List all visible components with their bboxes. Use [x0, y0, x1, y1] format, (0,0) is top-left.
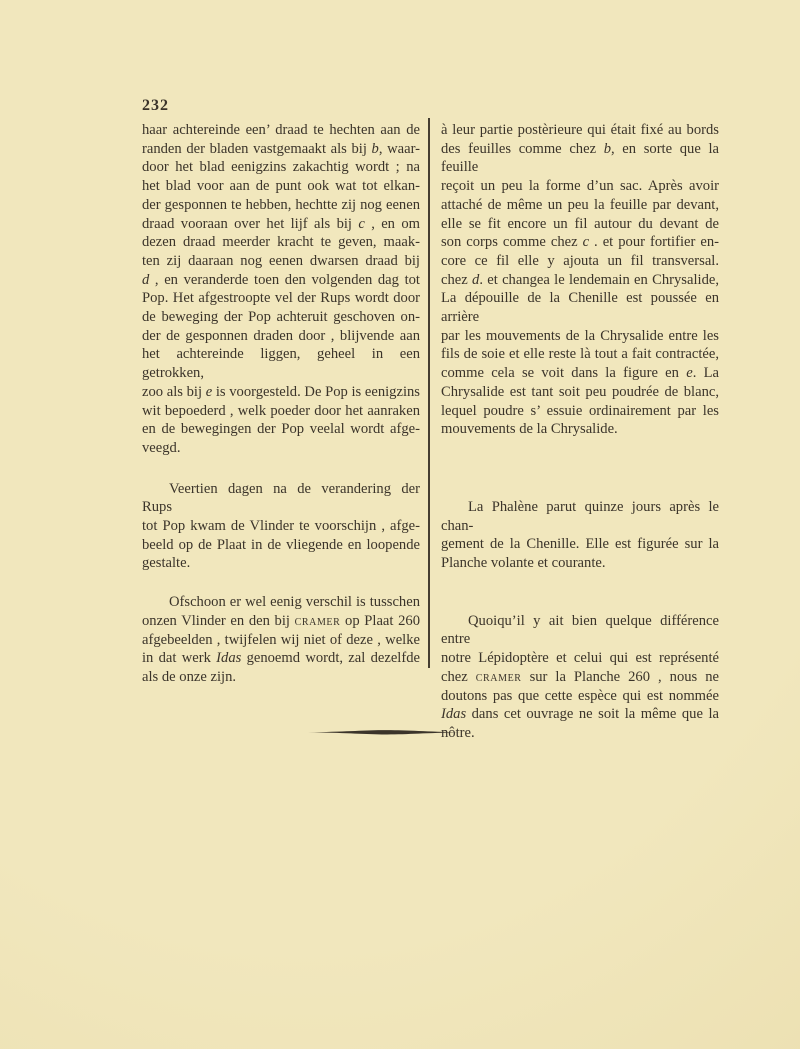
paragraph: Quoiqu’il y ait bien quelque différence … [441, 612, 719, 743]
text-line: chez d. et changea le lendemain en Chrys… [441, 271, 719, 290]
text-line: son corps comme chez c . et pour fortifi… [441, 233, 719, 252]
text-line: gement de la Chenille. Elle est figurée … [441, 535, 719, 554]
text-line: beeld op de Plaat in de vliegende en loo… [142, 536, 420, 555]
book-page: { "colors": { "paper": "#f1e7bd", "paper… [0, 0, 800, 1049]
text-line: door het blad eenigzins zakachtig wordt … [142, 158, 420, 177]
text-line: der gesponnen te hebben, hechtte zij nog… [142, 196, 420, 215]
paragraph: La Phalène parut quinze jours après le c… [441, 498, 719, 573]
text-line: attaché de même un peu la feuille par de… [441, 196, 719, 215]
text-line: d , en veranderde toen den volgenden dag… [142, 271, 420, 290]
text-line: fils de soie et elle reste là tout a fai… [441, 345, 719, 364]
paragraph: haar achtereinde een’ draad te hechten a… [142, 121, 420, 458]
text-line: par les mouvements de la Chrysalide entr… [441, 327, 719, 346]
paragraph: Veertien dagen na de verandering der Rup… [142, 480, 420, 574]
text-line: en de bewegingen der Pop veelal wordt af… [142, 420, 420, 439]
text-line: wit bepoederd , welk poeder door het aan… [142, 402, 420, 421]
text-line: veegd. [142, 439, 420, 458]
text-line: gestalte. [142, 554, 420, 573]
text-line: onzen Vlinder en den bij cramer op Plaat… [142, 612, 420, 631]
text-line: chez cramer sur la Planche 260 , nous ne [441, 668, 719, 687]
text-line: het blad voor aan de punt ook wat tot el… [142, 177, 420, 196]
decorative-swelled-rule [308, 728, 462, 737]
text-line: reçoit un peu la forme d’un sac. Après a… [441, 177, 719, 196]
text-line: der de gesponnen draden door , blijvende… [142, 327, 420, 346]
text-line: het achtereinde liggen, geheel in een ge… [142, 345, 420, 382]
text-line: tot Pop kwam de Vlinder te voorschijn , … [142, 517, 420, 536]
text-line: La dépouille de la Chenille est poussée … [441, 289, 719, 326]
text-line: randen der bladen vastgemaakt als bij b,… [142, 140, 420, 159]
text-line: haar achtereinde een’ draad te hechten a… [142, 121, 420, 140]
text-line: afgebeelden , twijfelen wij niet of deze… [142, 631, 420, 650]
text-line: Ofschoon er wel eenig verschil is tussch… [142, 593, 420, 612]
text-line: Quoiqu’il y ait bien quelque différence … [441, 612, 719, 649]
text-line: La Phalène parut quinze jours après le c… [441, 498, 719, 535]
text-line: Veertien dagen na de verandering der Rup… [142, 480, 420, 517]
text-line: nôtre. [441, 724, 719, 743]
text-line: Idas dans cet ouvrage ne soit la même qu… [441, 705, 719, 724]
right-column-french-text: à leur partie postèrieure qui était fixé… [441, 121, 719, 743]
text-line: lequel poudre s’ essuie ordinairement pa… [441, 402, 719, 421]
text-line: dezen draad meerder kracht te geven, maa… [142, 233, 420, 252]
text-line: zoo als bij e is voorgesteld. De Pop is … [142, 383, 420, 402]
text-line: Chrysalide est tant soit peu poudrée de … [441, 383, 719, 402]
text-line: mouvements de la Chrysalide. [441, 420, 719, 439]
paragraph: Ofschoon er wel eenig verschil is tussch… [142, 593, 420, 687]
text-line: elle se fit encore un fil autour du deva… [441, 215, 719, 234]
text-line: Planche volante et courante. [441, 554, 719, 573]
text-line: comme cela se voit dans la figure en e. … [441, 364, 719, 383]
paragraph: à leur partie postèrieure qui était fixé… [441, 121, 719, 439]
text-line: als de onze zijn. [142, 668, 420, 687]
left-column-dutch-text: haar achtereinde een’ draad te hechten a… [142, 121, 420, 687]
text-line: in dat werk Idas genoemd wordt, zal deze… [142, 649, 420, 668]
text-line: à leur partie postèrieure qui était fixé… [441, 121, 719, 140]
text-line: des feuilles comme chez b, en sorte que … [441, 140, 719, 177]
text-line: de beweging der Pop achteruit geschoven … [142, 308, 420, 327]
text-line: doutons pas que cette espèce qui est nom… [441, 687, 719, 706]
text-line: Pop. Het afgestroopte vel der Rups wordt… [142, 289, 420, 308]
text-line: draad vooraan over het lijf als bij c , … [142, 215, 420, 234]
text-line: core ce fil elle y ajouta un fil transve… [441, 252, 719, 271]
text-line: ten zij daaraan nog eenen dwarsen draad … [142, 252, 420, 271]
text-line: notre Lépidoptère et celui qui est repré… [441, 649, 719, 668]
page-number: 232 [142, 97, 169, 115]
column-divider-rule [428, 118, 430, 668]
